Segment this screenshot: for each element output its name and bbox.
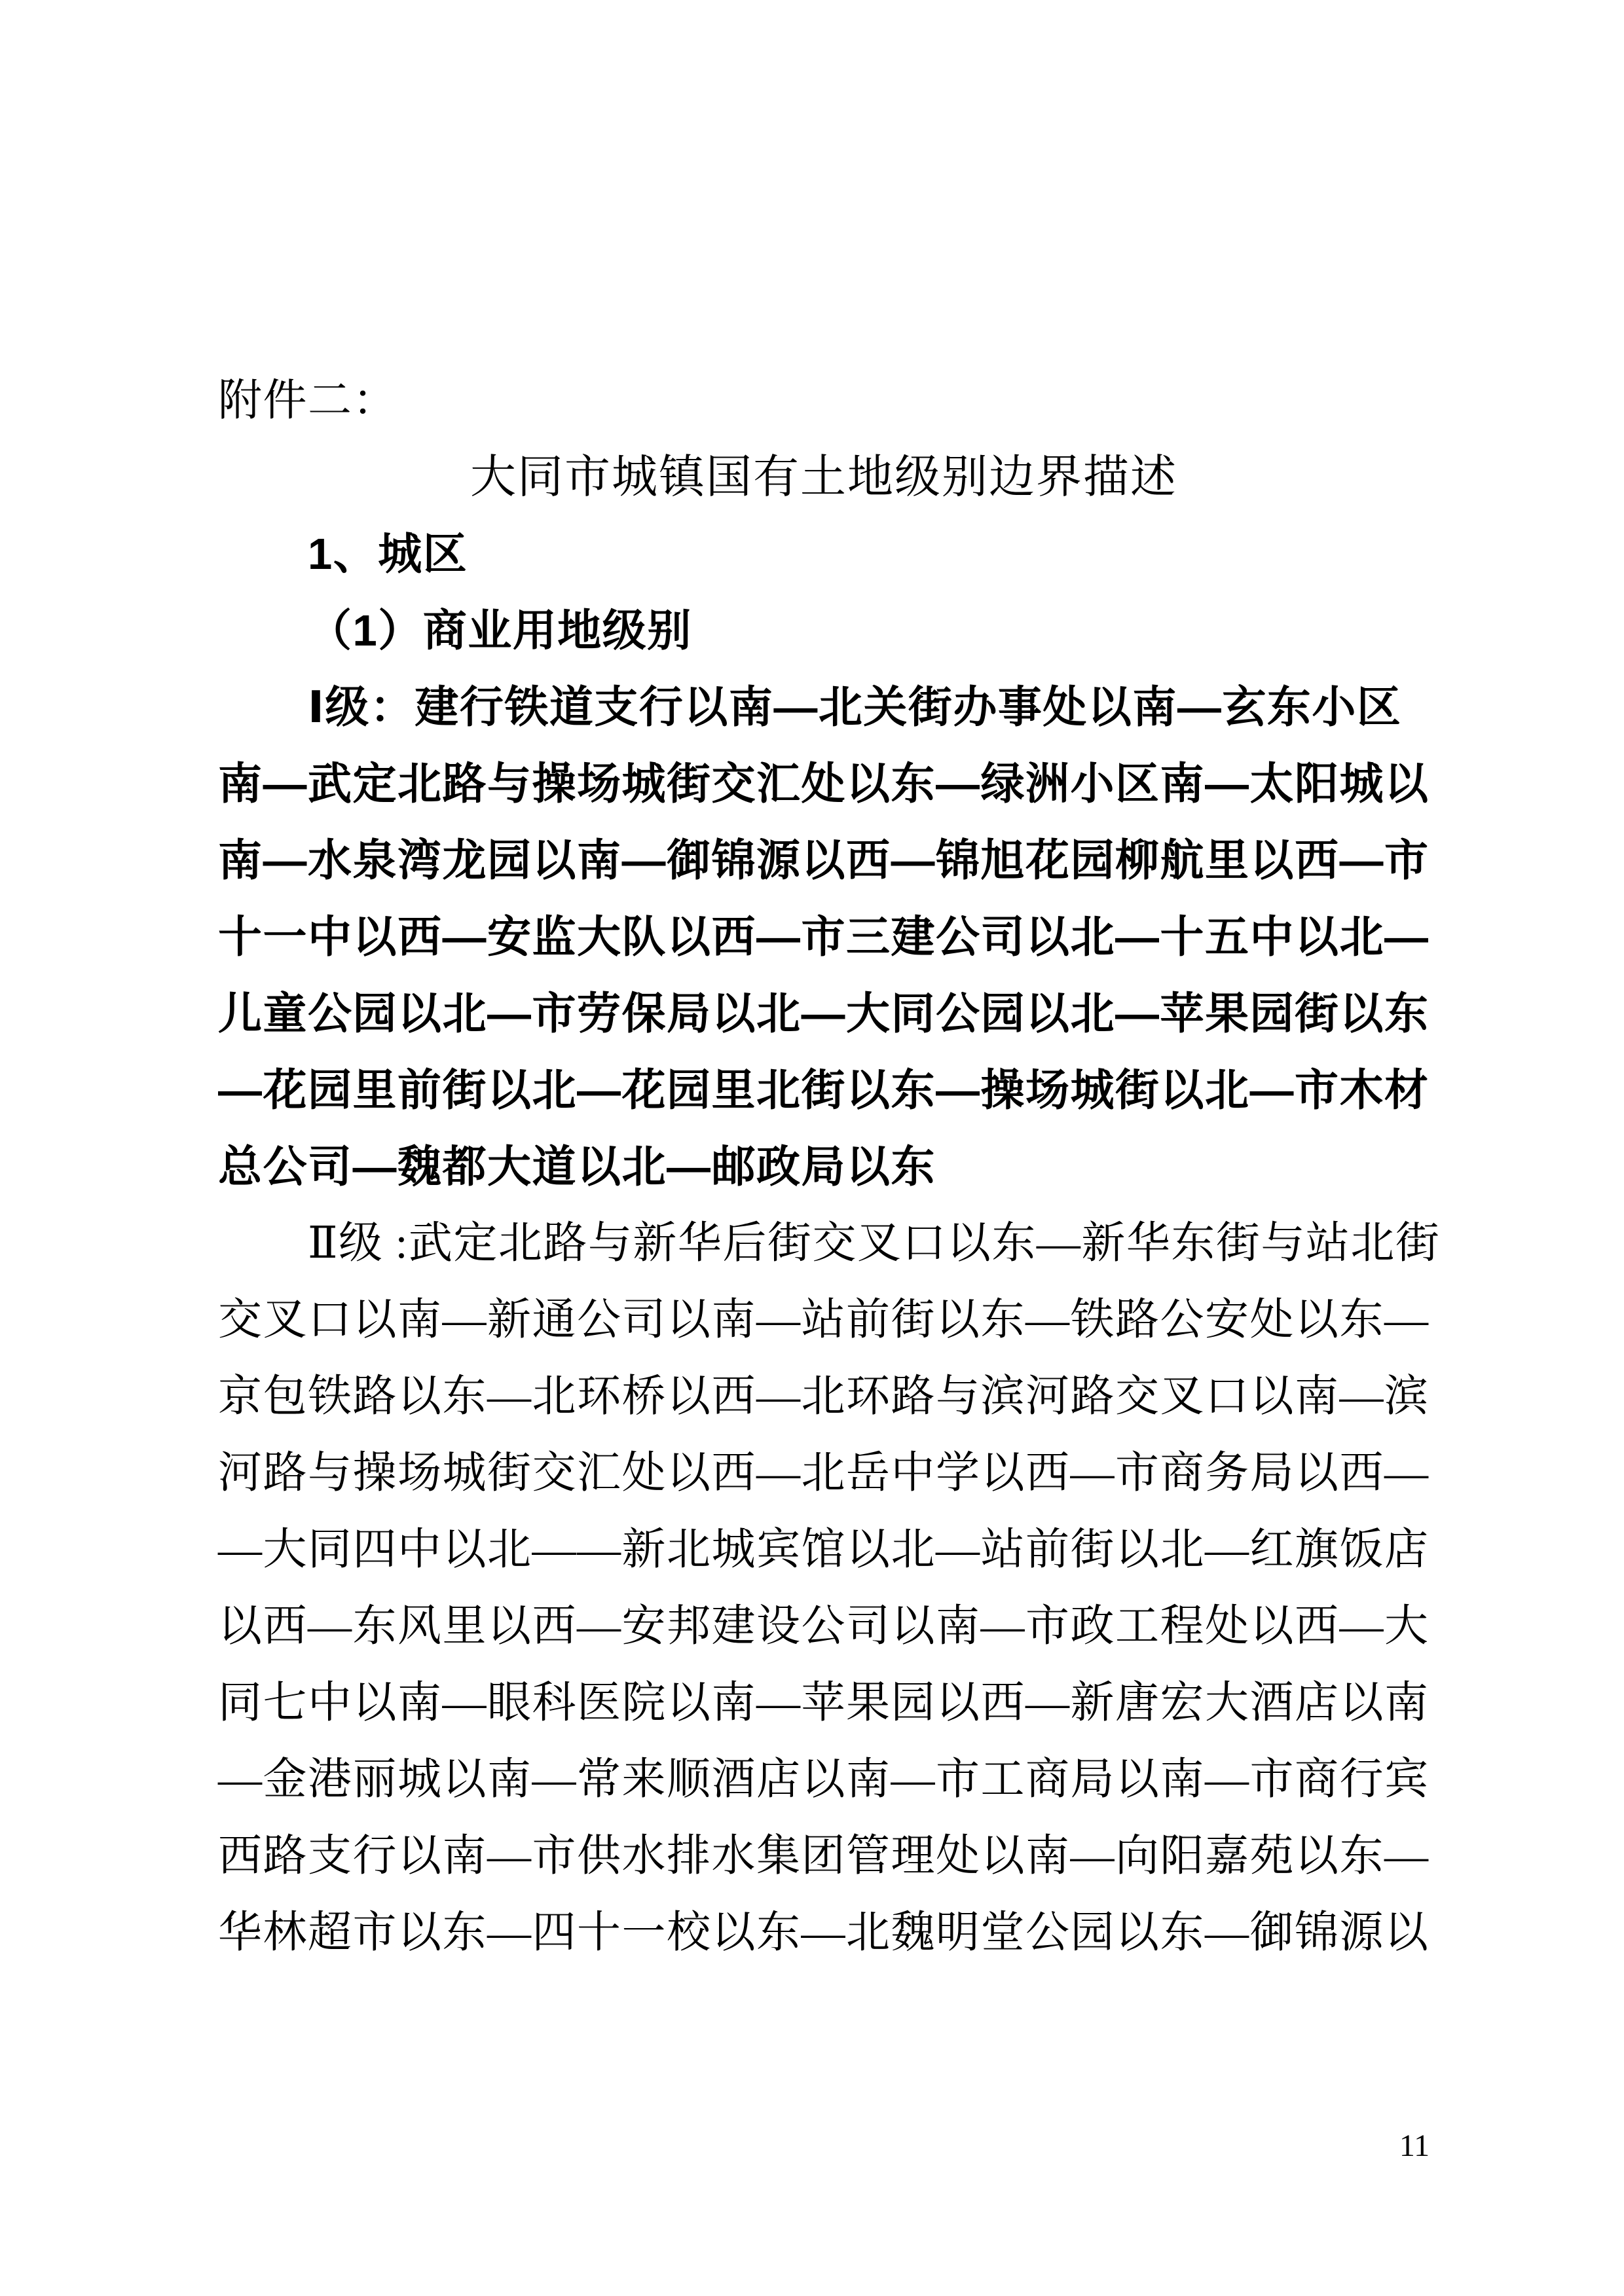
document-title: 大同市城镇国有土地级别边界描述 — [218, 439, 1430, 516]
document-page: 附件二： 大同市城镇国有土地级别边界描述 1、城区 （1）商业用地级别 Ⅰ级：建… — [0, 0, 1624, 2296]
attachment-label: 附件二： — [218, 363, 1430, 439]
paragraph-2-line: —金港丽城以南—常来顺酒店以南—市工商局以南—市商行宾 — [218, 1741, 1430, 1818]
paragraph-1-line: 总公司—魏都大道以北—邮政局以东 — [218, 1129, 1430, 1205]
paragraph-2-line: Ⅱ级 :武定北路与新华后街交叉口以东—新华东街与站北街 — [218, 1205, 1430, 1282]
paragraph-1-line: 儿童公园以北—市劳保局以北—大同公园以北—苹果园街以东 — [218, 975, 1430, 1052]
paragraph-1-line: —花园里前街以北—花园里北街以东—操场城街以北—市木材 — [218, 1052, 1430, 1129]
section-heading: 1、城区 — [218, 516, 1430, 592]
paragraph-1-line: Ⅰ级：建行铁道支行以南—北关街办事处以南—玄东小区 — [218, 669, 1430, 746]
paragraph-2-line: 西路支行以南—市供水排水集团管理处以南—向阳嘉苑以东— — [218, 1818, 1430, 1895]
paragraph-1-line: 南—水泉湾龙园以南—御锦源以西—锦旭花园柳航里以西—市 — [218, 822, 1430, 899]
paragraph-2-line: —大同四中以北——新北城宾馆以北—站前街以北—红旗饭店 — [218, 1512, 1430, 1588]
paragraph-2-line: 京包铁路以东—北环桥以西—北环路与滨河路交叉口以南—滨 — [218, 1358, 1430, 1435]
paragraph-1-line: 南—武定北路与操场城街交汇处以东—绿洲小区南—太阳城以 — [218, 746, 1430, 822]
paragraph-1-line: 十一中以西—安监大队以西—市三建公司以北—十五中以北— — [218, 899, 1430, 975]
paragraph-2-line: 同七中以南—眼科医院以南—苹果园以西—新唐宏大酒店以南 — [218, 1665, 1430, 1741]
page-number: 11 — [1382, 2126, 1447, 2166]
subsection-heading: （1）商业用地级别 — [218, 592, 1430, 669]
paragraph-2-line: 河路与操场城街交汇处以西—北岳中学以西—市商务局以西— — [218, 1435, 1430, 1512]
document-body: 附件二： 大同市城镇国有土地级别边界描述 1、城区 （1）商业用地级别 Ⅰ级：建… — [218, 363, 1430, 1971]
paragraph-2-line: 以西—东风里以西—安邦建设公司以南—市政工程处以西—大 — [218, 1588, 1430, 1665]
paragraph-2-line: 华林超市以东—四十一校以东—北魏明堂公园以东—御锦源以 — [218, 1895, 1430, 1971]
paragraph-2-line: 交叉口以南—新通公司以南—站前街以东—铁路公安处以东— — [218, 1282, 1430, 1358]
